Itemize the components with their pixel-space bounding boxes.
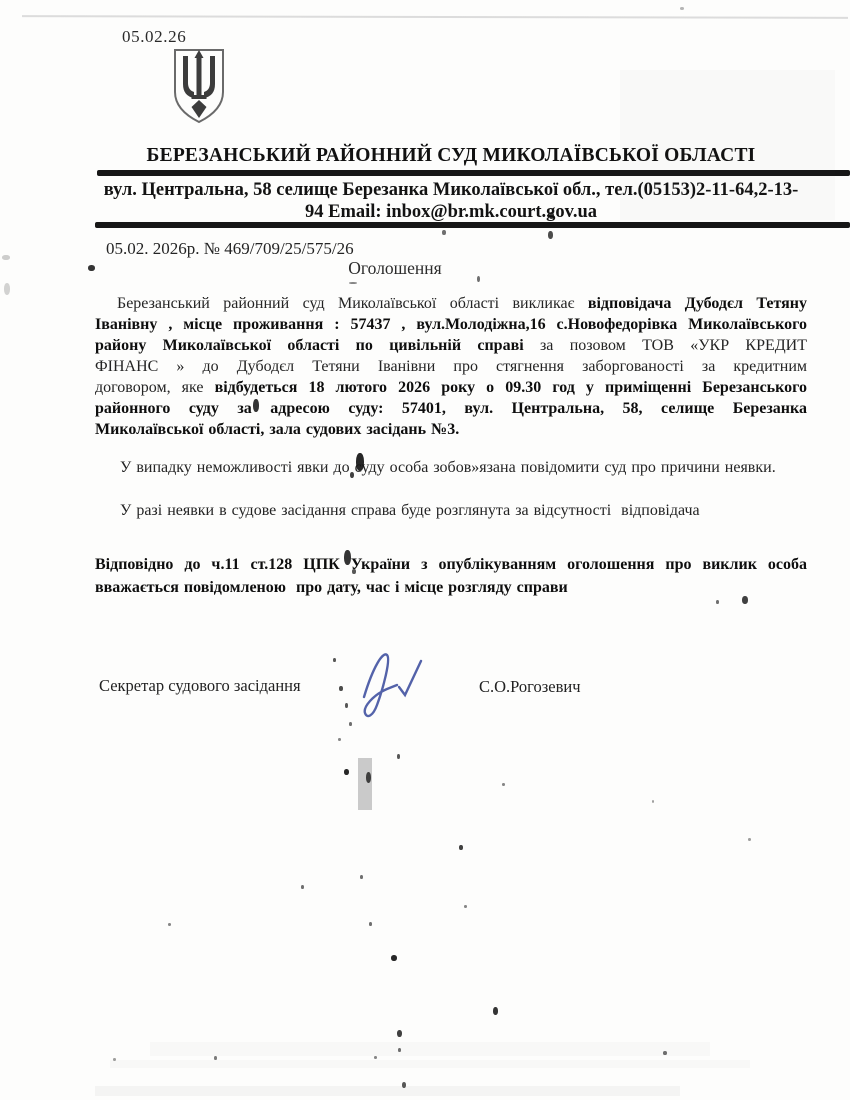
scan-smudge	[95, 1086, 680, 1096]
text-line: У випадку неможливості явки до суду особ…	[95, 457, 807, 478]
text-segment: Відповідно до ч.11 ст.128 ЦПК України з …	[95, 556, 807, 573]
paragraph-obligation: У випадку неможливості явки до суду особ…	[95, 457, 807, 478]
ink-speck	[344, 769, 349, 775]
ink-speck	[253, 399, 259, 412]
paragraph-legal-basis: Відповідно до ч.11 ст.128 ЦПК України з …	[95, 553, 807, 599]
ink-speck	[2, 255, 10, 260]
scan-edge-line	[22, 15, 848, 19]
ukraine-trident-emblem-icon	[170, 46, 228, 126]
text-line: Березанський районний суд Миколаївської …	[95, 293, 807, 314]
text-line: Відповідно до ч.11 ст.128 ЦПК України з …	[95, 553, 807, 576]
ink-speck	[88, 265, 95, 271]
text-line: У разі неявки в судове засідання справа …	[95, 500, 807, 521]
document-title: Оголошення	[95, 258, 695, 279]
ink-speck	[477, 276, 480, 282]
document-reference-number: 05.02. 2026р. № 469/709/25/575/26	[106, 239, 354, 259]
ink-speck	[680, 7, 684, 10]
signature-role-label: Секретар судового засідання	[99, 676, 301, 696]
ink-speck	[352, 569, 356, 574]
ink-speck	[502, 783, 505, 786]
ink-speck	[652, 800, 654, 803]
text-segment: У разі неявки в судове засідання справа …	[120, 502, 700, 519]
ink-speck	[442, 230, 446, 235]
ink-speck	[350, 472, 354, 478]
text-segment: договором, яке	[95, 379, 215, 396]
ink-speck	[339, 686, 343, 691]
ink-speck	[360, 875, 363, 879]
text-line: району Миколаївської області по цивільні…	[95, 335, 807, 356]
text-segment: районного суду за адресою суду: 57401, в…	[95, 400, 807, 417]
signature-name: С.О.Рогозевич	[479, 677, 581, 697]
ink-speck	[397, 754, 400, 759]
text-line: договором, яке відбудеться 18 лютого 202…	[95, 377, 807, 398]
text-segment: за позовом ТОВ «УКР КРЕДИТ	[540, 337, 807, 354]
ink-speck	[549, 212, 554, 219]
paragraph-absence: У разі неявки в судове засідання справа …	[95, 500, 807, 521]
ink-speck	[464, 905, 467, 908]
ink-speck	[349, 282, 357, 284]
ink-speck	[716, 600, 719, 604]
text-segment: Миколаївської області, зала судових засі…	[95, 421, 459, 438]
text-segment: району Миколаївської області по цивільні…	[95, 337, 540, 354]
ink-speck	[748, 838, 751, 841]
ink-speck	[344, 550, 351, 565]
ink-speck	[333, 658, 336, 662]
ink-speck	[168, 923, 171, 926]
ink-speck	[374, 1056, 377, 1059]
text-segment: ФІНАНС » до Дубодєл Тетяни Іванівни про …	[95, 358, 807, 375]
scan-smudge	[358, 758, 372, 810]
text-line: Іванівну , місце проживання : 57437 , ву…	[95, 314, 807, 335]
body-paragraphs: Березанський районний суд Миколаївської …	[95, 293, 807, 599]
ink-speck	[356, 453, 364, 471]
scan-smudge	[150, 1042, 710, 1056]
scanned-document-page: 05.02.26 БЕРЕЗАНСЬКИЙ РАЙОННИЙ СУД МИКОЛ…	[0, 0, 850, 1100]
text-segment: Березанський районний суд Миколаївської …	[117, 295, 588, 312]
ink-speck	[742, 596, 748, 604]
ink-speck	[4, 283, 10, 295]
text-segment: Іванівну , місце проживання : 57437 , ву…	[95, 316, 807, 333]
handwritten-signature-icon	[352, 645, 452, 723]
ink-speck	[338, 738, 341, 741]
ink-speck	[369, 922, 372, 926]
ink-speck	[349, 722, 352, 726]
ink-speck	[391, 955, 397, 961]
text-segment: відбудеться 18 лютого 2026 року о 09.30 …	[215, 379, 807, 396]
ink-speck	[397, 1030, 402, 1037]
paragraph-summons: Березанський районний суд Миколаївської …	[95, 293, 807, 440]
scan-smudge	[620, 70, 835, 220]
ink-speck	[301, 885, 304, 889]
text-line: Миколаївської області, зала судових засі…	[95, 419, 807, 440]
text-segment: відповідача Дубодєл Тетяну	[588, 295, 807, 312]
text-line: ФІНАНС » до Дубодєл Тетяни Іванівни про …	[95, 356, 807, 377]
divider-rule-bottom	[95, 222, 850, 228]
text-line: районного суду за адресою суду: 57401, в…	[95, 398, 807, 419]
scan-smudge	[110, 1060, 750, 1068]
ink-speck	[493, 1007, 498, 1015]
text-segment: У випадку неможливості явки до суду особ…	[120, 459, 776, 476]
text-segment: вважається повідомленою про дату, час і …	[95, 579, 568, 596]
ink-speck	[345, 703, 348, 708]
ink-speck	[548, 231, 553, 239]
ink-speck	[459, 845, 463, 850]
scan-date: 05.02.26	[122, 27, 186, 47]
text-line: вважається повідомленою про дату, час і …	[95, 576, 807, 599]
